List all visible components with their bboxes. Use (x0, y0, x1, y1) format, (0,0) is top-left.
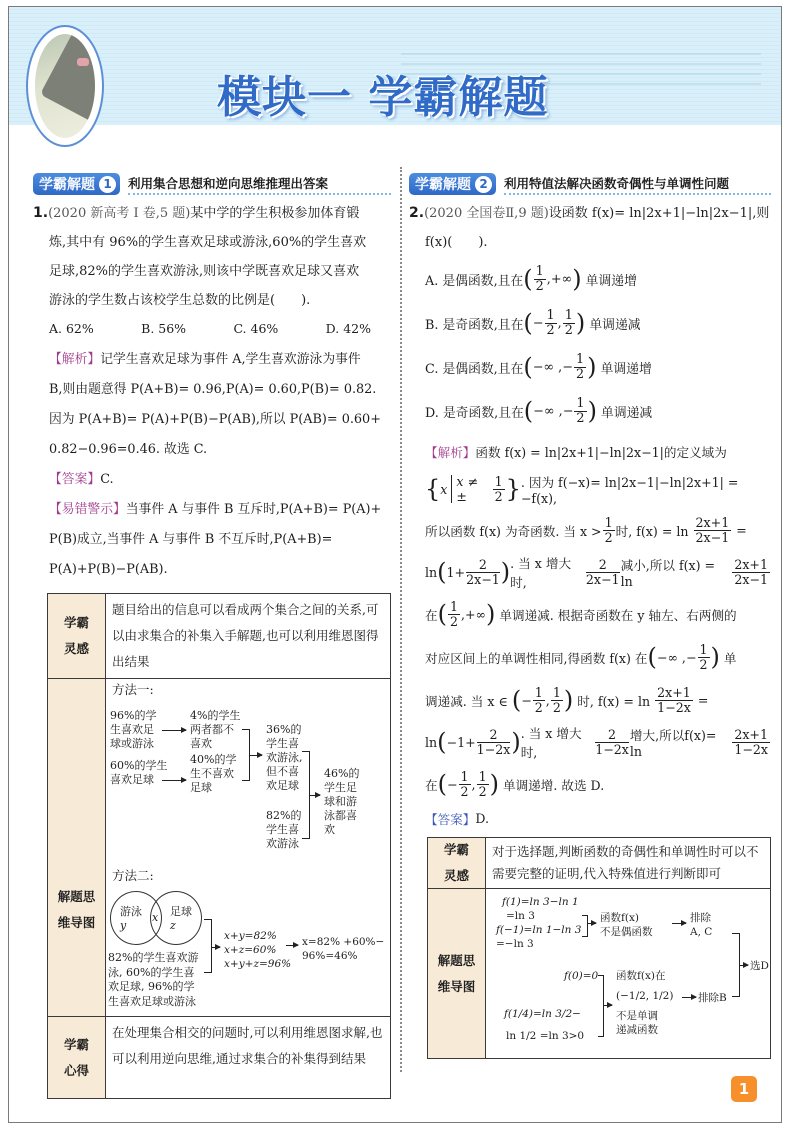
option-b: B. 是奇函数,且在(−12,12) 单调递减 (425, 301, 771, 345)
mm-choose-d: 选D (750, 959, 769, 973)
question-text: 某中学的学生积极参加体育锻 (190, 206, 359, 221)
mm-node-36: 36%的学生喜欢游泳,但不喜欢足球 (266, 723, 303, 793)
page: 模块一 学霸解题 学霸解题 1 利用集合思想和逆向思维推理出答案 1.(2020… (8, 6, 782, 1123)
mm-f0: f(0)=0 (564, 969, 598, 983)
mm-not-even: 函数f(x)不是偶函数 (600, 911, 653, 939)
method-one-label: 方法一: (112, 683, 154, 697)
option-d: D. 是奇函数,且在(−∞ ,−12) 单调递减 (425, 389, 771, 433)
options: A. 62% B. 56% C. 46% D. 42% (33, 315, 391, 343)
section-title: 利用集合思想和逆向思维推理出答案 (128, 174, 391, 195)
option-d: D. 42% (326, 315, 371, 343)
section-badge: 学霸解题 1 (33, 173, 120, 195)
analysis-text: 在(12,+∞) 单调递减. 根据奇函数在 y 轴左、右两侧的 (425, 593, 771, 635)
summary-table-2: 学霸灵感 对于选择题,判断函数的奇偶性和单调性时可以不需要完整的证明,代入特殊值… (427, 837, 771, 1059)
venn-caption: 82%的学生喜欢游泳, 60%的学生喜欢足球, 96%的学生喜欢足球或游泳 (108, 951, 198, 1009)
question-source: (2020 全国卷Ⅱ,9 题) (424, 206, 549, 221)
section-header-1: 学霸解题 1 利用集合思想和逆向思维推理出答案 (33, 169, 391, 195)
mm-f1: f(1)=ln 3−ln 1 (502, 895, 579, 909)
question-number: 2. (409, 205, 424, 221)
row-text: 在处理集合相交的问题时,可以利用维恩图求解,也可以利用逆向思维,通过求集合的补集… (106, 1017, 390, 1098)
mm-node-60: 60%的学生喜欢足球 (110, 759, 167, 787)
analysis-text: {x x ≠ ±12}. 因为 f(−x)= ln|2x−1|−ln|2x+1|… (425, 469, 771, 509)
mm-fquarter-result: ln 1/2 =ln 3>0 (506, 1029, 584, 1043)
section-badge: 学霸解题 2 (409, 173, 496, 195)
row-label: 学霸灵感 (48, 594, 106, 678)
analysis-text: 在(−12,12) 单调递增. 故选 D. (425, 763, 771, 805)
analysis-text: 0.82−0.96=0.46. 故选 C. (33, 435, 391, 465)
table-row-mindmap: 解题思维导图 f(1)=ln 3−ln 1 =ln 3 f(−1)=ln 1−l… (428, 888, 770, 1058)
analysis-text: 函数 f(x) = ln|2x+1|−ln|2x−1|的定义域为 (475, 442, 726, 461)
venn-var-z: z (170, 919, 176, 933)
analysis-tag: 【解析】 (49, 352, 100, 367)
section-number: 1 (99, 176, 116, 193)
table-row-inspiration: 学霸灵感 题目给出的信息可以看成两个集合之间的关系,可以由求集合的补集入手解题,… (48, 594, 390, 678)
summary-table-1: 学霸灵感 题目给出的信息可以看成两个集合之间的关系,可以由求集合的补集入手解题,… (47, 593, 391, 1099)
mm-node-46: 46%的学生足球和游泳都喜欢 (324, 767, 359, 837)
section-badge-label: 学霸解题 (39, 174, 95, 194)
question-text: f(x)( ). (409, 228, 771, 257)
mindmap-figure: 方法一: 96%的学生喜欢足球或游泳 4%的学生两者都不喜欢 60%的学生喜欢足… (106, 679, 390, 1016)
analysis-text: 记学生喜欢足球为事件 A,学生喜欢游泳为事件 (100, 352, 361, 367)
question-2: 2.(2020 全国卷Ⅱ,9 题)设函数 f(x)= ln|2x+1|−ln|2… (409, 199, 771, 257)
analysis-text: ln(1+22x−1). 当 x 增大时,22x−1减小,所以 f(x) = l… (425, 551, 771, 593)
column-divider (400, 167, 402, 1072)
page-number-badge: 1 (731, 1076, 757, 1102)
question-text: 炼,其中有 96%的学生喜欢足球或游泳,60%的学生喜欢 (33, 228, 391, 257)
option-b: B. 56% (141, 315, 186, 343)
answer-tag: 【答案】 (49, 472, 100, 487)
equations: x+y=82%x+z=60%x+y+z=96% (224, 929, 291, 971)
question-text: 游泳的学生数占该校学生总数的比例是( ). (33, 286, 391, 315)
right-column: 学霸解题 2 利用特值法解决函数奇偶性与单调性问题 2.(2020 全国卷Ⅱ,9… (409, 169, 771, 1059)
answer-value: D. (475, 811, 489, 826)
row-label: 学霸心得 (48, 1017, 106, 1098)
option-c: C. 是偶函数,且在(−∞ ,−12) 单调递增 (425, 345, 771, 389)
option-a: A. 62% (49, 315, 94, 343)
table-row-takeaway: 学霸心得 在处理集合相交的问题时,可以利用维恩图求解,也可以利用逆向思维,通过求… (48, 1016, 390, 1098)
method-two-label: 方法二: (112, 869, 154, 883)
analysis-2: 【解析】函数 f(x) = ln|2x+1|−ln|2x−1|的定义域为 {x … (409, 433, 771, 831)
table-row-mindmap: 解题思维导图 方法一: 96%的学生喜欢足球或游泳 4%的学生两者都不喜欢 60… (48, 678, 390, 1016)
section-header-2: 学霸解题 2 利用特值法解决函数奇偶性与单调性问题 (409, 169, 771, 195)
mm-node-96: 96%的学生喜欢足球或游泳 (110, 709, 156, 751)
section-title: 利用特值法解决函数奇偶性与单调性问题 (504, 174, 771, 195)
venn-var-y: y (120, 919, 126, 933)
row-label: 学霸灵感 (428, 838, 486, 888)
question-1: 1.(2020 新高考 Ⅰ 卷,5 题)某中学的学生积极参加体育锻 炼,其中有 … (33, 199, 391, 315)
venn-label-football: 足球 (170, 905, 192, 919)
question-text: 设函数 f(x)= ln|2x+1|−ln|2x−1|,则 (549, 206, 770, 221)
question-number: 1. (33, 205, 48, 221)
mm-exclude-b: 排除B (698, 991, 727, 1005)
analysis-1: 【解析】记学生喜欢足球为事件 A,学生喜欢游泳为事件 B,则由题意得 P(A+B… (33, 345, 391, 585)
warning-text: P(B)成立,当事件 A 与事件 B 不互斥时,P(A+B)= (33, 525, 391, 555)
venn-var-x: x (152, 911, 158, 925)
options-2: A. 是偶函数,且在(12,+∞) 单调递增 B. 是奇函数,且在(−12,12… (409, 257, 771, 433)
answer-value: C. (100, 472, 113, 487)
mm-node-82: 82%的学生喜欢游泳 (266, 809, 301, 851)
question-source: (2020 新高考 Ⅰ 卷,5 题) (48, 206, 190, 221)
row-label: 解题思维导图 (48, 679, 106, 1016)
answer-tag: 【答案】 (425, 809, 475, 828)
analysis-tag: 【解析】 (425, 442, 475, 461)
mindmap-figure: f(1)=ln 3−ln 1 =ln 3 f(−1)=ln 1−ln 3 =−l… (486, 889, 770, 1058)
mm-exclude-ac: 排除A, C (690, 911, 712, 939)
row-text: 题目给出的信息可以看成两个集合之间的关系,可以由求集合的补集入手解题,也可以利用… (106, 594, 390, 678)
mm-not-decreasing: 函数f(x)在(−1/2, 1/2)不是单调递减函数 (616, 969, 673, 1037)
equation-result: x=82% +60%−96%=46% (302, 935, 384, 963)
analysis-text: 因为 P(A+B)= P(A)+P(B)−P(AB),所以 P(AB)= 0.6… (33, 405, 391, 435)
mm-fminus1-result: =−ln 3 (496, 937, 534, 951)
section-number: 2 (475, 176, 492, 193)
left-column: 学霸解题 1 利用集合思想和逆向思维推理出答案 1.(2020 新高考 Ⅰ 卷,… (33, 169, 391, 1099)
section-badge-label: 学霸解题 (415, 174, 471, 194)
analysis-text: 对应区间上的单调性相同,得函数 f(x) 在(−∞ ,−12) 单 (425, 635, 771, 679)
page-title: 模块一 学霸解题 (217, 61, 548, 125)
mm-f1-result: =ln 3 (506, 909, 535, 923)
question-text: 足球,82%的学生喜欢游泳,则该中学既喜欢足球又喜欢 (33, 257, 391, 286)
venn-label-swim: 游泳 (120, 905, 142, 919)
warning-text: P(A)+P(B)−P(AB). (33, 555, 391, 585)
warning-text: 当事件 A 与事件 B 互斥时,P(A+B)= P(A)+ (126, 502, 381, 517)
analysis-text: B,则由题意得 P(A+B)= 0.96,P(A)= 0.60,P(B)= 0.… (33, 375, 391, 405)
option-c: C. 46% (233, 315, 278, 343)
row-label: 解题思维导图 (428, 889, 486, 1058)
calculator-photo (26, 25, 104, 147)
analysis-text: 调递减. 当 x ∈ (−12,12) 时, f(x) = ln 2x+11−2… (425, 679, 771, 721)
mm-fminus1: f(−1)=ln 1−ln 3 (496, 923, 581, 937)
table-row-inspiration: 学霸灵感 对于选择题,判断函数的奇偶性和单调性时可以不需要完整的证明,代入特殊值… (428, 838, 770, 888)
analysis-text: 所以函数 f(x) 为奇函数. 当 x >12时, f(x) = ln 2x+1… (425, 509, 771, 551)
analysis-text: ln(−1+21−2x). 当 x 增大时,21−2x增大,所以f(x)= ln… (425, 721, 771, 763)
warning-tag: 【易错警示】 (49, 502, 126, 517)
mm-fquarter: f(1/4)=ln 3/2− (504, 1007, 581, 1021)
mm-node-40: 40%的学生不喜欢足球 (190, 753, 236, 795)
option-a: A. 是偶函数,且在(12,+∞) 单调递增 (425, 257, 771, 301)
mm-node-4: 4%的学生两者都不喜欢 (190, 709, 240, 751)
row-text: 对于选择题,判断函数的奇偶性和单调性时可以不需要完整的证明,代入特殊值进行判断即… (486, 838, 770, 888)
